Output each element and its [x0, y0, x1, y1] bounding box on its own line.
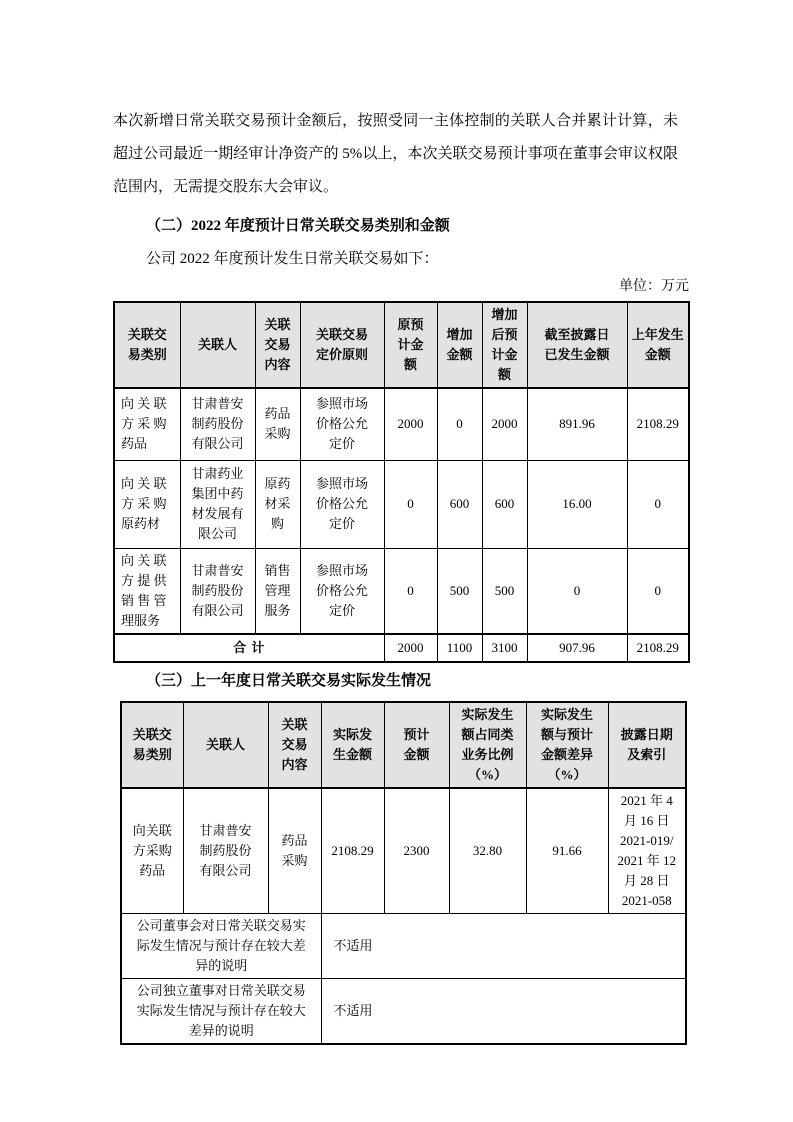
total-original: 2000	[384, 634, 437, 662]
cell-incurred: 16.00	[527, 460, 627, 548]
total-increase: 1100	[437, 634, 482, 662]
cell-last-year: 0	[627, 460, 689, 548]
table-total-row: 合 计 2000 1100 3100 907.96 2108.29	[114, 634, 689, 662]
cell-pricing: 参照市场 价格公允 定价	[300, 460, 384, 548]
header-last-year-amount: 上年发生 金额	[627, 302, 689, 388]
cell-category: 向关联 方采购 药品	[121, 788, 183, 914]
header-pricing: 关联交易 定价原则	[300, 302, 384, 388]
forecast-transactions-table: 关联交 易类别 关联人 关联 交易 内容 关联交易 定价原则 原预 计金 额 增…	[113, 301, 690, 663]
cell-content: 销售 管理 服务	[255, 548, 300, 634]
cell-original: 2000	[384, 388, 437, 460]
intro-paragraph: 本次新增日常关联交易预计金额后，按照受同一主体控制的关联人合并累计计算，未超过公…	[113, 105, 678, 204]
cell-variance: 91.66	[526, 788, 608, 914]
board-note-label: 公司董事会对日常关联交易实 际发生情况与预计存在较大差 异的说明	[121, 914, 321, 979]
document-page: 本次新增日常关联交易预计金额后，按照受同一主体控制的关联人合并累计计算，未超过公…	[0, 0, 793, 1122]
cell-content: 药品 采购	[268, 788, 321, 914]
total-incurred: 907.96	[527, 634, 627, 662]
cell-after-total: 600	[482, 460, 527, 548]
cell-increase: 0	[437, 388, 482, 460]
cell-pricing: 参照市场 价格公允 定价	[300, 388, 384, 460]
cell-incurred: 0	[527, 548, 627, 634]
cell-party: 甘肃普安 制药股份 有限公司	[180, 548, 255, 634]
independent-note-label: 公司独立董事对日常关联交易 实际发生情况与预计存在较大 差异的说明	[121, 979, 321, 1045]
header-actual-amount: 实际发 生金额	[321, 702, 384, 788]
section-2-heading: （二）2022 年度预计日常关联交易类别和金额	[146, 210, 689, 243]
independent-note-value: 不适用	[321, 979, 686, 1045]
cell-category: 向 关 联 方 提 供 销 售 管 理服务	[114, 548, 180, 634]
cell-category: 向 关 联 方 采 购 药品	[114, 388, 180, 460]
cell-after-total: 500	[482, 548, 527, 634]
header-incurred-amount: 截至披露日 已发生金额	[527, 302, 627, 388]
cell-increase: 500	[437, 548, 482, 634]
cell-party: 甘肃药业 集团中药 材发展有 限公司	[180, 460, 255, 548]
cell-last-year: 0	[627, 548, 689, 634]
header-party: 关联人	[180, 302, 255, 388]
document-content: 本次新增日常关联交易预计金额后，按照受同一主体控制的关联人合并累计计算，未超过公…	[113, 105, 689, 1045]
cell-incurred: 891.96	[527, 388, 627, 460]
table-row: 向 关 联 方 采 购 原药材 甘肃药业 集团中药 材发展有 限公司 原药 材采…	[114, 460, 689, 548]
unit-label: 单位：万元	[113, 276, 689, 298]
header-category: 关联交 易类别	[121, 702, 183, 788]
cell-original: 0	[384, 460, 437, 548]
cell-original: 0	[384, 548, 437, 634]
cell-last-year: 2108.29	[627, 388, 689, 460]
header-ratio: 实际发生 额占同类 业务比例 （%）	[449, 702, 526, 788]
table-row: 向 关 联 方 提 供 销 售 管 理服务 甘肃普安 制药股份 有限公司 销售 …	[114, 548, 689, 634]
table-row: 向 关 联 方 采 购 药品 甘肃普安 制药股份 有限公司 药品 采购 参照市场…	[114, 388, 689, 460]
cell-forecast: 2300	[384, 788, 449, 914]
independent-note-row: 公司独立董事对日常关联交易 实际发生情况与预计存在较大 差异的说明 不适用	[121, 979, 686, 1045]
header-forecast-amount: 预计 金额	[384, 702, 449, 788]
cell-ratio: 32.80	[449, 788, 526, 914]
cell-increase: 600	[437, 460, 482, 548]
section-3-heading: （三）上一年度日常关联交易实际发生情况	[146, 669, 689, 693]
table-header-row: 关联交 易类别 关联人 关联 交易 内容 实际发 生金额 预计 金额 实际发生 …	[121, 702, 686, 788]
header-content: 关联 交易 内容	[255, 302, 300, 388]
header-disclosure: 披露日期 及索引	[608, 702, 686, 788]
header-increase-amount: 增加 金额	[437, 302, 482, 388]
board-note-row: 公司董事会对日常关联交易实 际发生情况与预计存在较大差 异的说明 不适用	[121, 914, 686, 979]
header-party: 关联人	[183, 702, 268, 788]
header-variance: 实际发生 额与预计 金额差异 （%）	[526, 702, 608, 788]
section-2-intro: 公司 2022 年度预计发生日常关联交易如下：	[146, 243, 689, 276]
cell-pricing: 参照市场 价格公允 定价	[300, 548, 384, 634]
total-last-year: 2108.29	[627, 634, 689, 662]
actual-transactions-table: 关联交 易类别 关联人 关联 交易 内容 实际发 生金额 预计 金额 实际发生 …	[120, 701, 687, 1046]
cell-content: 原药 材采 购	[255, 460, 300, 548]
cell-disclosure: 2021 年 4 月 16 日 2021-019/ 2021 年 12 月 28…	[608, 788, 686, 914]
cell-party: 甘肃普安 制药股份 有限公司	[183, 788, 268, 914]
cell-after-total: 2000	[482, 388, 527, 460]
header-after-amount: 增加 后预 计金 额	[482, 302, 527, 388]
header-original-amount: 原预 计金 额	[384, 302, 437, 388]
table-header-row: 关联交 易类别 关联人 关联 交易 内容 关联交易 定价原则 原预 计金 额 增…	[114, 302, 689, 388]
cell-content: 药品 采购	[255, 388, 300, 460]
total-after: 3100	[482, 634, 527, 662]
header-category: 关联交 易类别	[114, 302, 180, 388]
board-note-value: 不适用	[321, 914, 686, 979]
cell-category: 向 关 联 方 采 购 原药材	[114, 460, 180, 548]
cell-actual: 2108.29	[321, 788, 384, 914]
cell-party: 甘肃普安 制药股份 有限公司	[180, 388, 255, 460]
header-content: 关联 交易 内容	[268, 702, 321, 788]
table-row: 向关联 方采购 药品 甘肃普安 制药股份 有限公司 药品 采购 2108.29 …	[121, 788, 686, 914]
total-label: 合 计	[114, 634, 384, 662]
